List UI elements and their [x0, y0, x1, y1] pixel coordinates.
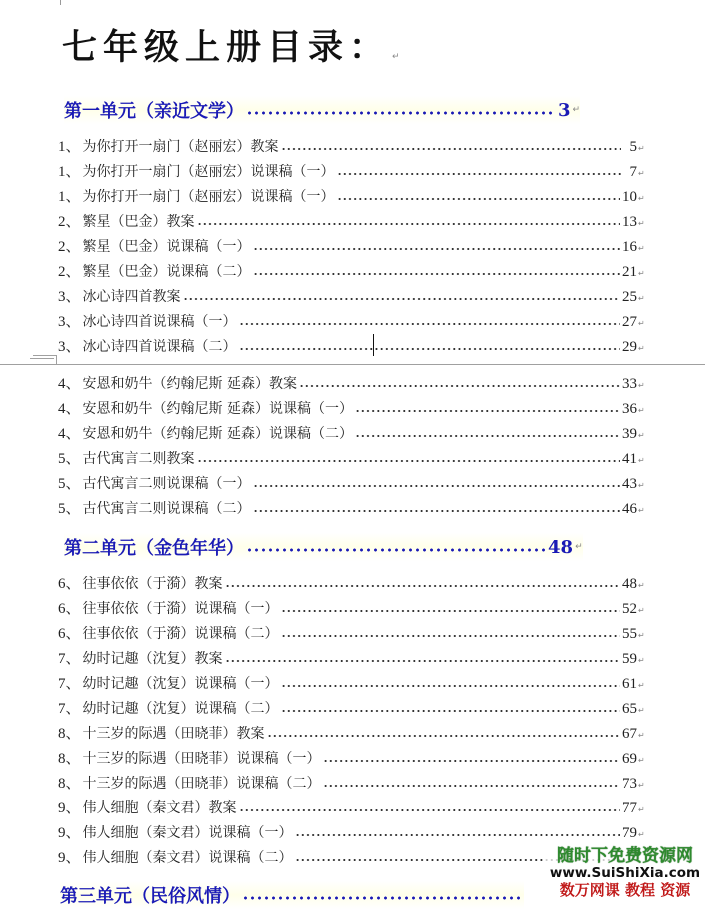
paragraph-mark-icon: ↵: [638, 269, 648, 278]
entry-number: 5、: [58, 472, 81, 493]
unit-label: 第一单元（亲近文学）: [64, 97, 244, 123]
entry-number: 6、: [58, 572, 81, 593]
entry-number: 2、: [58, 260, 81, 281]
entry-label: 冰心诗四首教案: [83, 286, 181, 306]
toc-entry[interactable]: 8、 十三岁的际遇（田晓菲）说课稿（二） 73 ↵: [58, 771, 648, 793]
entry-label: 往事依依（于漪）教案: [83, 573, 223, 593]
entry-page-number: 10: [622, 189, 637, 206]
text-cursor: [373, 334, 374, 356]
paragraph-mark-icon: ↵: [638, 631, 648, 640]
toc-entry[interactable]: 3、 冰心诗四首说课稿（一） 27 ↵: [58, 309, 648, 331]
dot-leader: [323, 784, 620, 788]
paragraph-mark-icon: ↵: [638, 294, 648, 303]
dot-leader: [197, 459, 620, 463]
entry-page-number: 36: [622, 401, 637, 418]
unit-page-number: 48: [548, 537, 573, 558]
entry-page-number: 43: [622, 476, 637, 493]
entry-label: 冰心诗四首说课稿（二）: [83, 336, 237, 356]
dot-leader: [355, 409, 620, 413]
entry-number: 8、: [58, 747, 81, 768]
paragraph-mark-icon: ↵: [638, 219, 648, 228]
entry-label: 安恩和奶牛（约翰尼斯 延森）教案: [83, 373, 297, 393]
entry-label: 往事依依（于漪）说课稿（二）: [83, 623, 279, 643]
entry-number: 5、: [58, 497, 81, 518]
dot-leader: [239, 347, 620, 351]
entry-label: 繁星（巴金）教案: [83, 211, 195, 231]
entry-page-number: 59: [622, 651, 637, 668]
toc-entry[interactable]: 4、 安恩和奶牛（约翰尼斯 延森）说课稿（二） 39 ↵: [58, 421, 648, 443]
toc-entry[interactable]: 9、 伟人细胞（秦文君）教案 77 ↵: [58, 795, 648, 817]
toc-entry[interactable]: 5、 古代寓言二则教案 41 ↵: [58, 446, 648, 468]
paragraph-mark-icon: ↵: [638, 706, 648, 715]
entry-page-number: 41: [622, 451, 637, 468]
entry-number: 9、: [58, 846, 81, 867]
toc-entry[interactable]: 8、 十三岁的际遇（田晓菲）说课稿（一） 69 ↵: [58, 746, 648, 768]
entry-page-number: 77: [622, 800, 637, 817]
toc-entry[interactable]: 5、 古代寓言二则说课稿（一） 43 ↵: [58, 471, 648, 493]
watermark-site-name: 随时下免费资源网: [545, 848, 705, 865]
dot-leader: [197, 222, 620, 226]
dot-leader: [281, 684, 620, 688]
entry-number: 7、: [58, 672, 81, 693]
entry-label: 古代寓言二则说课稿（二）: [83, 498, 251, 518]
entry-number: 2、: [58, 235, 81, 256]
entry-page-number: 73: [622, 776, 637, 793]
entry-page-number: 7: [623, 164, 637, 181]
entry-label: 古代寓言二则教案: [83, 448, 195, 468]
toc-entry[interactable]: 2、 繁星（巴金）说课稿（一） 16 ↵: [58, 234, 648, 256]
entry-number: 3、: [58, 285, 81, 306]
toc-entry[interactable]: 6、 往事依依（于漪）教案 48 ↵: [58, 571, 648, 593]
entry-page-number: 61: [622, 676, 637, 693]
entry-page-number: 69: [622, 751, 637, 768]
page-break-line: [0, 364, 705, 365]
entry-page-number: 48: [622, 576, 637, 593]
dot-leader: [225, 659, 620, 663]
dot-leader: [225, 584, 620, 588]
paragraph-mark-icon: ↵: [638, 169, 648, 178]
entry-number: 3、: [58, 310, 81, 331]
entry-label: 繁星（巴金）说课稿（二）: [83, 261, 251, 281]
unit-heading-3[interactable]: 第三单元（民俗风情）: [60, 881, 524, 909]
paragraph-mark-icon: ↵: [638, 319, 648, 328]
dot-leader: [281, 147, 621, 151]
entry-number: 4、: [58, 422, 81, 443]
dot-leader: [337, 172, 621, 176]
paragraph-mark-icon: ↵: [638, 481, 648, 490]
document-page: 七年级上册目录：↵ 第一单元（亲近文学） 3 ↵ 1、 为你打开一扇门（赵丽宏）…: [0, 0, 705, 911]
entry-label: 十三岁的际遇（田晓菲）说课稿（一）: [83, 748, 321, 768]
paragraph-mark-icon: ↵: [638, 805, 648, 814]
dot-leader: [281, 634, 620, 638]
entry-page-number: 13: [622, 214, 637, 231]
watermark-slogan: 数万网课 教程 资源: [545, 883, 705, 898]
dot-leader: [239, 808, 620, 812]
paragraph-mark-icon: ↵: [638, 244, 648, 253]
dot-leader: [246, 548, 546, 552]
paragraph-mark-icon: ↵: [638, 731, 648, 740]
dot-leader: [267, 734, 620, 738]
toc-entry[interactable]: 3、 冰心诗四首教案 25 ↵: [58, 284, 648, 306]
entry-label: 伟人细胞（秦文君）说课稿（二）: [83, 847, 293, 867]
entry-label: 幼时记趣（沈复）说课稿（二）: [83, 698, 279, 718]
watermark: 随时下免费资源网 www.SuiShiXia.com 数万网课 教程 资源: [545, 848, 705, 898]
entry-label: 伟人细胞（秦文君）说课稿（一）: [83, 822, 293, 842]
entry-label: 为你打开一扇门（赵丽宏）说课稿（一）: [83, 161, 335, 181]
entry-page-number: 65: [622, 701, 637, 718]
page-corner-mark: [60, 0, 61, 5]
paragraph-mark-icon: ↵: [638, 656, 648, 665]
unit-page-number: 3: [558, 100, 571, 121]
dot-leader: [295, 833, 620, 837]
paragraph-mark-icon: ↵: [638, 144, 648, 153]
entry-page-number: 55: [622, 626, 637, 643]
dot-leader: [253, 247, 620, 251]
paragraph-mark-icon: ↵: [638, 381, 648, 390]
entry-number: 3、: [58, 335, 81, 356]
toc-entry[interactable]: 6、 往事依依（于漪）说课稿（二） 55 ↵: [58, 621, 648, 643]
dot-leader: [246, 111, 556, 115]
unit-label: 第二单元（金色年华）: [64, 534, 244, 560]
paragraph-mark-icon: ↵: [573, 105, 581, 115]
entry-number: 9、: [58, 821, 81, 842]
paragraph-mark-icon: ↵: [638, 581, 648, 590]
entry-label: 安恩和奶牛（约翰尼斯 延森）说课稿（一）: [83, 398, 353, 418]
dot-leader: [183, 297, 620, 301]
paragraph-mark-icon: ↵: [638, 681, 648, 690]
dot-leader: [299, 384, 620, 388]
dot-leader: [242, 896, 522, 900]
entry-page-number: 67: [622, 726, 637, 743]
toc-entry[interactable]: 6、 往事依依（于漪）说课稿（一） 52 ↵: [58, 596, 648, 618]
entry-number: 7、: [58, 697, 81, 718]
unit-heading-2[interactable]: 第二单元（金色年华） 48 ↵: [64, 533, 583, 561]
entry-number: 9、: [58, 796, 81, 817]
entry-number: 8、: [58, 722, 81, 743]
entry-number: 4、: [58, 397, 81, 418]
entry-label: 幼时记趣（沈复）说课稿（一）: [83, 673, 279, 693]
watermark-url: www.SuiShiXia.com: [545, 867, 705, 881]
page-title: 七年级上册目录：↵: [62, 24, 400, 81]
entry-page-number: 46: [622, 501, 637, 518]
dot-leader: [355, 434, 620, 438]
toc-entry[interactable]: 7、 幼时记趣（沈复）教案 59 ↵: [58, 646, 648, 668]
entry-number: 6、: [58, 622, 81, 643]
entry-label: 十三岁的际遇（田晓菲）教案: [83, 723, 265, 743]
entry-page-number: 25: [622, 289, 637, 306]
dot-leader: [281, 709, 620, 713]
toc-entry[interactable]: 4、 安恩和奶牛（约翰尼斯 延森）说课稿（一） 36 ↵: [58, 396, 648, 418]
toc-entry[interactable]: 1、 为你打开一扇门（赵丽宏）说课稿（一） 7 ↵: [58, 159, 648, 181]
entry-page-number: 39: [622, 426, 637, 443]
toc-entry[interactable]: 2、 繁星（巴金）说课稿（二） 21 ↵: [58, 259, 648, 281]
entry-label: 冰心诗四首说课稿（一）: [83, 311, 237, 331]
entry-label: 往事依依（于漪）说课稿（一）: [83, 598, 279, 618]
entry-page-number: 52: [622, 601, 637, 618]
entry-number: 4、: [58, 372, 81, 393]
unit-heading-1[interactable]: 第一单元（亲近文学） 3 ↵: [64, 96, 580, 124]
entry-number: 7、: [58, 647, 81, 668]
dot-leader: [281, 609, 620, 613]
dot-leader: [253, 509, 620, 513]
dot-leader: [253, 272, 620, 276]
paragraph-mark-icon: ↵: [638, 406, 648, 415]
paragraph-mark-icon: ↵: [638, 456, 648, 465]
entry-number: 1、: [58, 185, 81, 206]
entry-page-number: 5: [623, 139, 637, 156]
dot-leader: [337, 197, 620, 201]
toc-entry[interactable]: 7、 幼时记趣（沈复）说课稿（二） 65 ↵: [58, 696, 648, 718]
entry-page-number: 16: [622, 239, 637, 256]
toc-entry[interactable]: 1、 为你打开一扇门（赵丽宏）教案 5 ↵: [58, 134, 648, 156]
entry-label: 幼时记趣（沈复）教案: [83, 648, 223, 668]
entry-number: 5、: [58, 447, 81, 468]
entry-label: 十三岁的际遇（田晓菲）说课稿（二）: [83, 773, 321, 793]
toc-entry[interactable]: 2、 繁星（巴金）教案 13 ↵: [58, 209, 648, 231]
toc-entry[interactable]: 5、 古代寓言二则说课稿（二） 46 ↵: [58, 496, 648, 518]
entry-label: 繁星（巴金）说课稿（一）: [83, 236, 251, 256]
entry-page-number: 21: [622, 264, 637, 281]
toc-entry[interactable]: 8、 十三岁的际遇（田晓菲）教案 67 ↵: [58, 721, 648, 743]
unit-label: 第三单元（民俗风情）: [60, 882, 240, 908]
paragraph-mark-icon: ↵: [392, 52, 400, 62]
toc-entry[interactable]: 7、 幼时记趣（沈复）说课稿（一） 61 ↵: [58, 671, 648, 693]
dot-leader: [253, 484, 620, 488]
entry-page-number: 27: [622, 314, 637, 331]
paragraph-mark-icon: ↵: [638, 781, 648, 790]
dot-leader: [323, 759, 620, 763]
entry-label: 古代寓言二则说课稿（一）: [83, 473, 251, 493]
entry-label: 安恩和奶牛（约翰尼斯 延森）说课稿（二）: [83, 423, 353, 443]
paragraph-mark-icon: ↵: [638, 194, 648, 203]
toc-entry[interactable]: 4、 安恩和奶牛（约翰尼斯 延森）教案 33 ↵: [58, 371, 648, 393]
paragraph-mark-icon: ↵: [638, 606, 648, 615]
toc-entry[interactable]: 1、 为你打开一扇门（赵丽宏）说课稿（一） 10 ↵: [58, 184, 648, 206]
paragraph-mark-icon: ↵: [575, 542, 583, 552]
title-text: 七年级上册目录：: [62, 27, 390, 68]
toc-entry[interactable]: 3、 冰心诗四首说课稿（二） 29 ↵: [58, 334, 648, 356]
entry-number: 6、: [58, 597, 81, 618]
entry-label: 伟人细胞（秦文君）教案: [83, 797, 237, 817]
entry-label: 为你打开一扇门（赵丽宏）说课稿（一）: [83, 186, 335, 206]
entry-page-number: 79: [622, 825, 637, 842]
toc-entry[interactable]: 9、 伟人细胞（秦文君）说课稿（一） 79 ↵: [58, 820, 648, 842]
entry-number: 1、: [58, 135, 81, 156]
paragraph-mark-icon: ↵: [638, 756, 648, 765]
paragraph-mark-icon: ↵: [638, 506, 648, 515]
entry-number: 2、: [58, 210, 81, 231]
entry-label: 为你打开一扇门（赵丽宏）教案: [83, 136, 279, 156]
entry-page-number: 33: [622, 376, 637, 393]
paragraph-mark-icon: ↵: [638, 344, 648, 353]
paragraph-mark-icon: ↵: [638, 830, 648, 839]
dot-leader: [239, 322, 620, 326]
entry-page-number: 29: [622, 339, 637, 356]
entry-number: 8、: [58, 772, 81, 793]
entry-number: 1、: [58, 160, 81, 181]
paragraph-mark-icon: ↵: [638, 431, 648, 440]
